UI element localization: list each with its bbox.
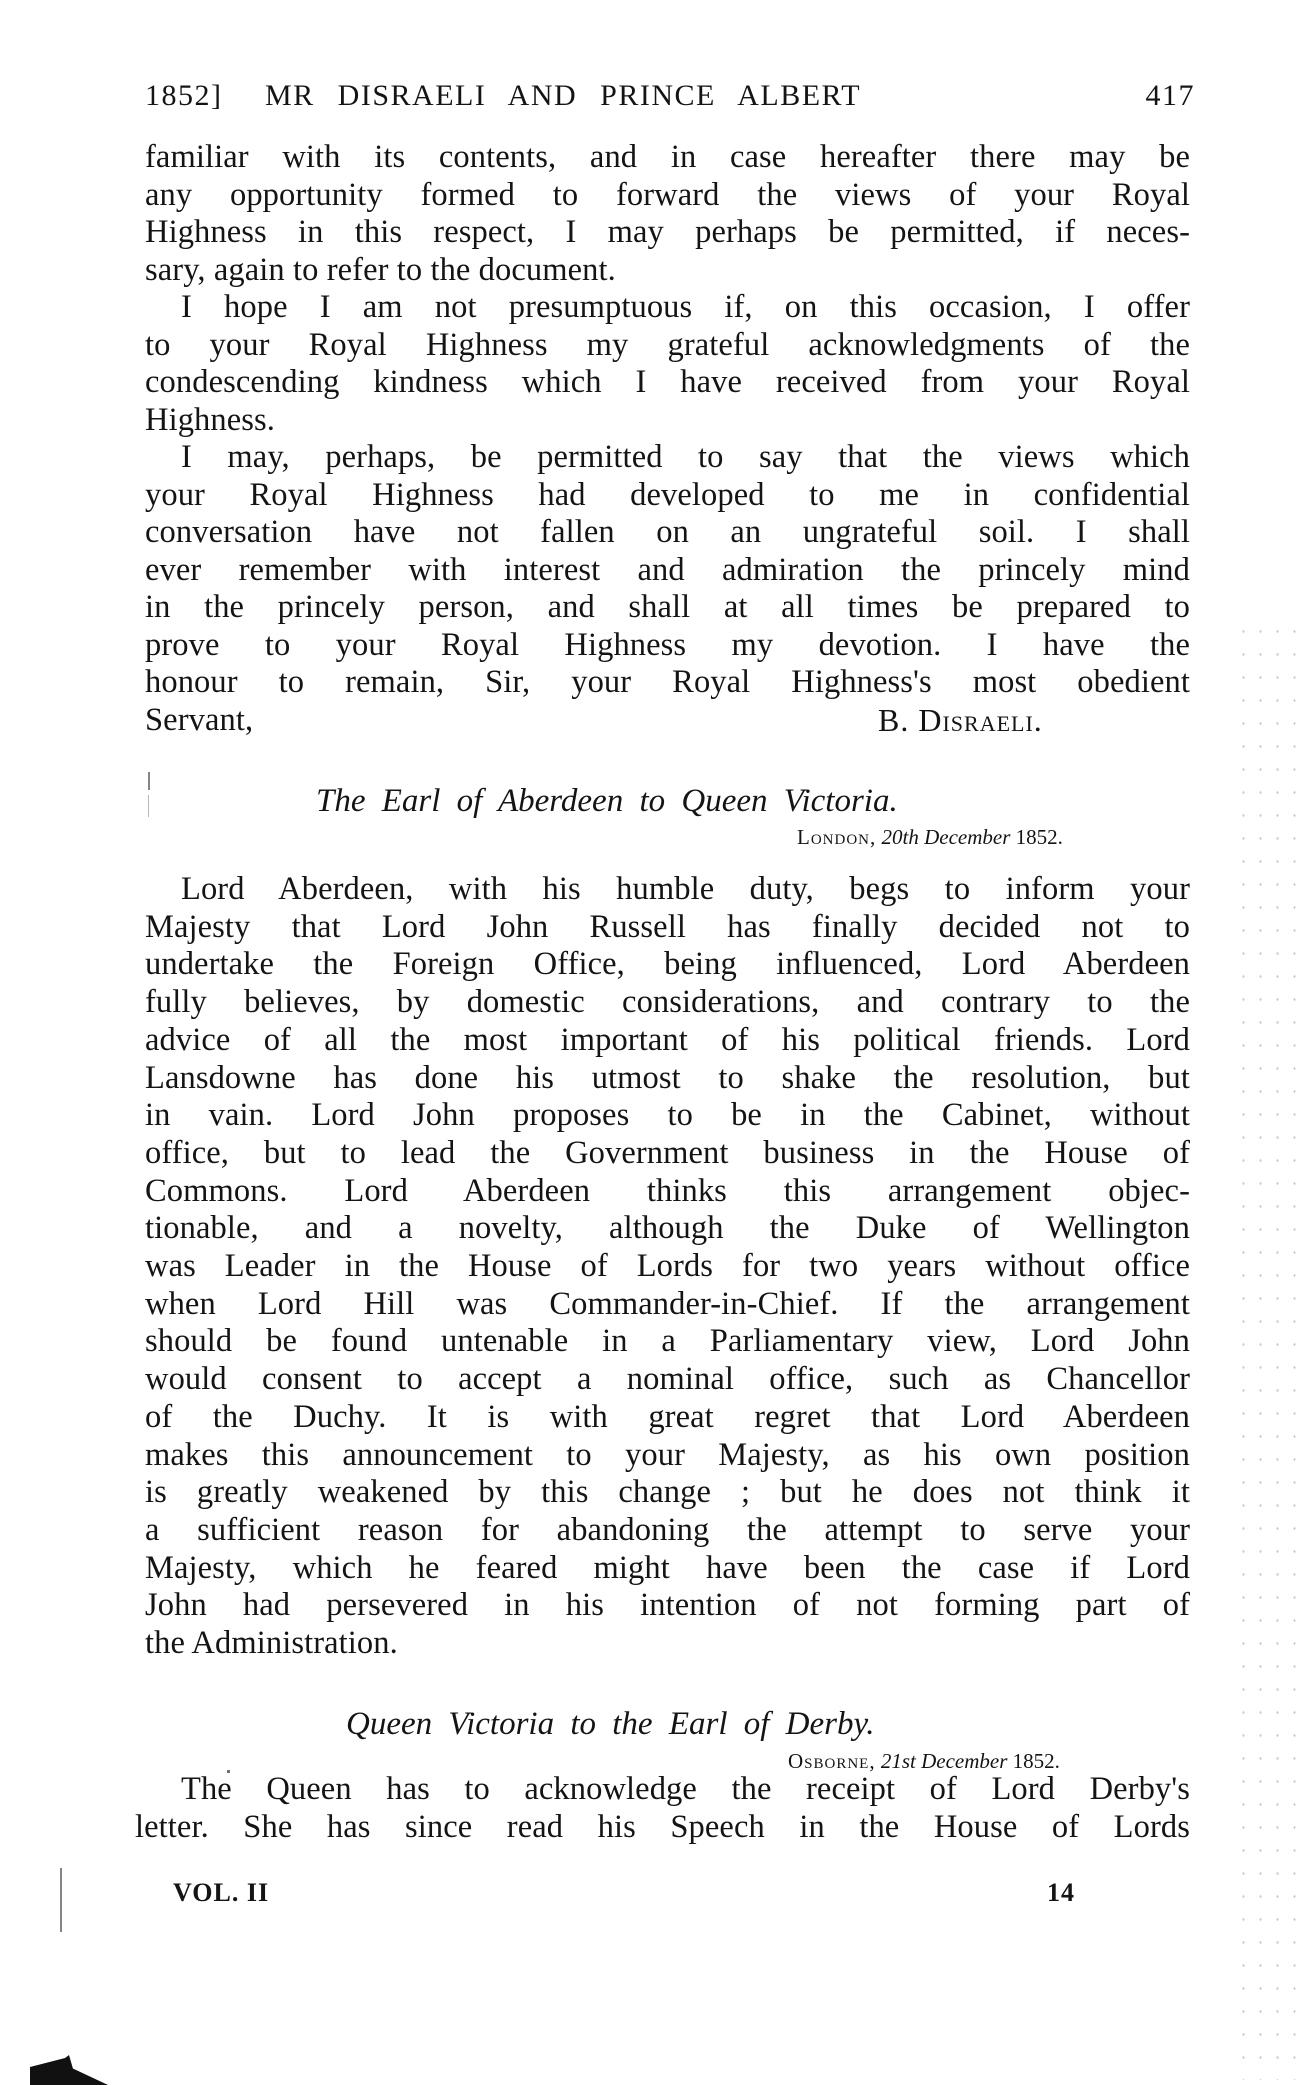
- text-line: in the princely person, and shall at all…: [145, 588, 1190, 626]
- text-line: was Leader in the House of Lords for two…: [145, 1247, 1190, 1285]
- dateline-place: London,: [797, 825, 876, 849]
- text-line: fully believes, by domestic consideratio…: [145, 983, 1190, 1021]
- signature-disraeli: B. Disraeli.: [878, 701, 1043, 739]
- text-line: letter. She has since read his Speech in…: [135, 1808, 1190, 1846]
- text-line: conversation have not fallen on an ungra…: [145, 513, 1190, 551]
- text-line: John had persevered in his intention of …: [145, 1586, 1190, 1624]
- running-head: 1852] MR DISRAELI AND PRINCE ALBERT 417: [145, 78, 1195, 114]
- letter-dateline: London, 20th December 1852.: [797, 824, 1063, 850]
- text-line: office, but to lead the Government busin…: [145, 1134, 1190, 1172]
- text-line: in vain. Lord John proposes to be in the…: [145, 1096, 1190, 1134]
- signature-mark: VOL. II: [173, 1878, 269, 1908]
- text-line: I may, perhaps, be permitted to say that…: [145, 438, 1190, 476]
- text-line: The Queen has to acknowledge the receipt…: [145, 1770, 1190, 1808]
- text-line: makes this announcement to your Majesty,…: [145, 1436, 1190, 1474]
- text-line: is greatly weakened by this change ; but…: [145, 1473, 1190, 1511]
- margin-mark: [148, 795, 149, 817]
- letter-heading: Queen Victoria to the Earl of Derby.: [346, 1705, 875, 1743]
- text-line: condescending kindness which I have rece…: [145, 363, 1190, 401]
- text-line: I hope I am not presumptuous if, on this…: [145, 288, 1190, 326]
- scan-edge-line: [60, 1868, 62, 1932]
- page-number: 417: [1146, 78, 1196, 114]
- running-head-year: 1852]: [145, 78, 223, 114]
- text-line: Majesty that Lord John Russell has final…: [145, 908, 1190, 946]
- letter-heading: The Earl of Aberdeen to Queen Victoria.: [316, 782, 898, 820]
- text-line: Highness.: [145, 401, 1190, 439]
- text-line: any opportunity formed to forward the vi…: [145, 176, 1190, 214]
- margin-mark: [148, 772, 150, 790]
- text-line: would consent to accept a nominal office…: [145, 1360, 1190, 1398]
- dateline-year: 1852.: [1016, 825, 1063, 849]
- text-line: advice of all the most important of his …: [145, 1021, 1190, 1059]
- text-line: of the Duchy. It is with great regret th…: [145, 1398, 1190, 1436]
- text-line: Lord Aberdeen, with his humble duty, beg…: [145, 870, 1190, 908]
- text-line: Majesty, which he feared might have been…: [145, 1549, 1190, 1587]
- dateline-month: December: [924, 825, 1010, 849]
- text-line: a sufficient reason for abandoning the a…: [145, 1511, 1190, 1549]
- text-line: undertake the Foreign Office, being infl…: [145, 945, 1190, 983]
- text-line: to your Royal Highness my grateful ackno…: [145, 326, 1190, 364]
- text-line: tionable, and a novelty, although the Du…: [145, 1209, 1190, 1247]
- text-line: sary, again to refer to the document.: [145, 251, 1190, 289]
- scan-speckle-noise: [1235, 620, 1305, 2080]
- running-head-title: MR DISRAELI AND PRINCE ALBERT: [265, 78, 861, 114]
- text-line: Commons. Lord Aberdeen thinks this arran…: [145, 1172, 1190, 1210]
- dateline-day: 20th: [882, 825, 919, 849]
- text-line: Lansdowne has done his utmost to shake t…: [145, 1059, 1190, 1097]
- text-line: Highness in this respect, I may perhaps …: [145, 213, 1190, 251]
- text-line: your Royal Highness had developed to me …: [145, 476, 1190, 514]
- text-line: ever remember with interest and admirati…: [145, 551, 1190, 589]
- text-line: familiar with its contents, and in case …: [145, 138, 1190, 176]
- text-line: when Lord Hill was Commander-in-Chief. I…: [145, 1285, 1190, 1323]
- text-line: the Administration.: [145, 1624, 1190, 1662]
- book-page: 1852] MR DISRAELI AND PRINCE ALBERT 417 …: [0, 0, 1312, 2085]
- gathering-number: 14: [1047, 1878, 1075, 1908]
- text-line: honour to remain, Sir, your Royal Highne…: [145, 663, 1190, 701]
- text-line: prove to your Royal Highness my devotion…: [145, 626, 1190, 664]
- scan-corner-blot: [30, 2055, 108, 2085]
- text-line: should be found untenable in a Parliamen…: [145, 1322, 1190, 1360]
